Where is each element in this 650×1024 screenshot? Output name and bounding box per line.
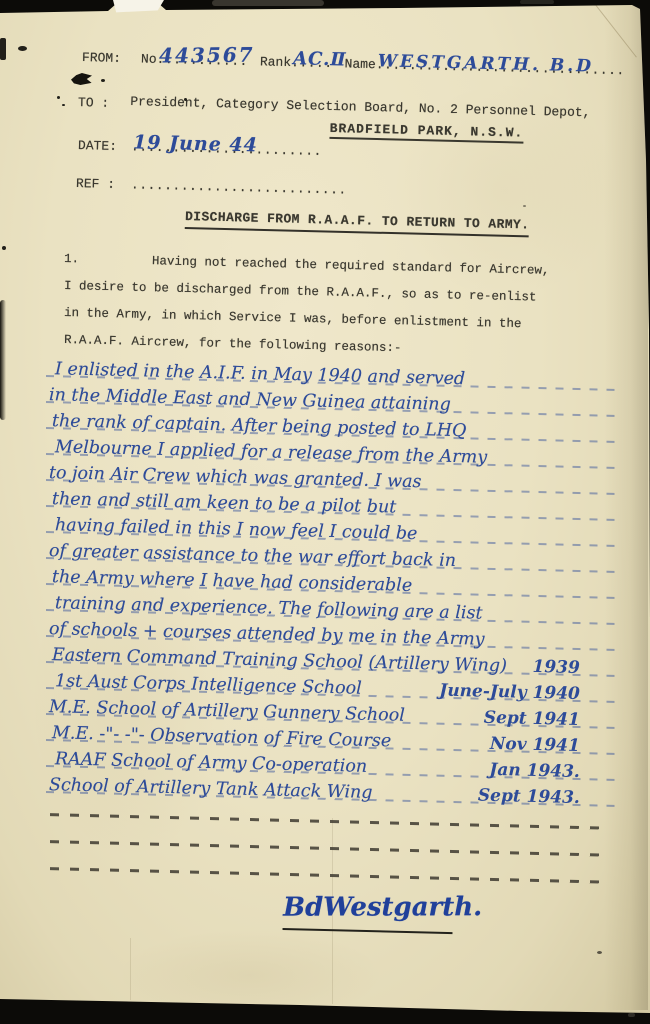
service-number-field: ...........443567 <box>156 52 248 69</box>
from-row: FROM:No...........443567Rank.....AC.ⅡNam… <box>82 50 625 78</box>
to-label-cell: TO : <box>78 95 110 111</box>
fold-crease <box>130 938 131 1000</box>
edge-mark <box>2 246 6 250</box>
rank-label: Rank <box>260 54 292 70</box>
date-field: .......................19 June 44 <box>131 139 322 159</box>
scanner-strip-mark <box>628 1013 635 1017</box>
handwritten-date: Sept 1941 <box>483 705 580 733</box>
dotted-rule: .......................... <box>131 177 347 197</box>
edge-mark <box>0 300 6 420</box>
ref-label: REF : <box>76 176 115 192</box>
ink-speck <box>62 104 65 106</box>
ink-speck <box>57 96 60 99</box>
service-number-value: 443567 <box>159 43 255 68</box>
paragraph-number: 1. <box>64 246 153 275</box>
service-number-label: No <box>141 51 157 66</box>
ink-speck <box>597 951 602 954</box>
ink-blot <box>71 73 92 85</box>
handwritten-date: June-July 1940 <box>439 678 580 707</box>
edge-mark <box>0 38 6 60</box>
handwritten-date: Jan 1943. <box>489 757 580 785</box>
rank-field: .....AC.Ⅱ <box>291 55 333 71</box>
from-label: FROM: <box>82 50 121 66</box>
handwritten-text: School of Artillery Tank Attack Wing <box>49 775 373 803</box>
ink-speck <box>184 98 187 101</box>
ref-row: REF :.......................... <box>76 176 347 198</box>
scanner-strip-mark <box>520 0 554 4</box>
scanned-document-page: { "document": { "header": { "from_label"… <box>0 0 650 1024</box>
date-label: DATE: <box>78 138 117 154</box>
date-row: DATE:.......................19 June 44 <box>78 138 322 159</box>
ink-speck <box>523 205 526 207</box>
name-field: ..............................WESTGARTH.… <box>376 57 625 78</box>
handwritten-date: Nov 1941 <box>490 731 581 759</box>
name-label: Name <box>344 56 376 72</box>
handwritten-date: 1939 <box>532 654 580 681</box>
scanner-strip-mark <box>212 0 324 6</box>
ink-speck <box>101 79 105 82</box>
paper-stain <box>120 930 380 1020</box>
page-title: DISCHARGE FROM R.A.A.F. TO RETURN TO ARM… <box>185 209 530 237</box>
paper-sheet: FROM:No...........443567Rank.....AC.ⅡNam… <box>0 0 650 1024</box>
handwritten-date: Sept 1943. <box>478 783 581 811</box>
signature-block: BdWestgarth. <box>283 890 454 934</box>
handwritten-reasons-block: I enlisted in the A.I.F. in May 1940 and… <box>46 356 618 879</box>
address-line-2: BRADFIELD PARK, N.S.W. <box>329 121 523 144</box>
rank-value: AC.Ⅱ <box>293 48 347 70</box>
signature: BdWestgarth. <box>283 892 482 922</box>
to-label: TO : <box>78 95 110 111</box>
date-value: 19 June 44 <box>133 131 258 156</box>
typed-paragraph: 1.Having not reached the required standa… <box>64 246 564 354</box>
edge-mark <box>18 46 27 51</box>
